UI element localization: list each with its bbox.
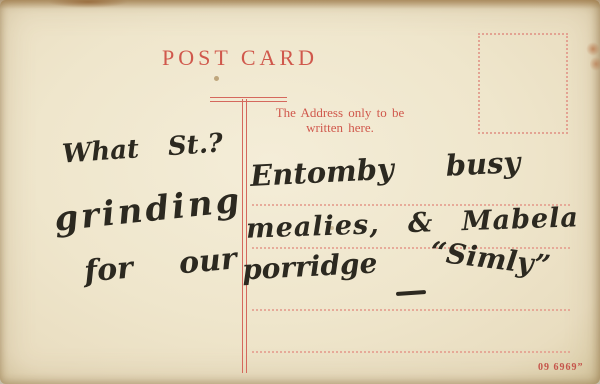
- address-line: [252, 309, 570, 311]
- address-line: [252, 351, 570, 353]
- divider-crossbar: [210, 97, 287, 102]
- address-instruction-line2: written here.: [260, 120, 420, 135]
- handwriting-left-line1: What St.?: [61, 128, 224, 169]
- serial-number: 09 6969”: [538, 362, 584, 373]
- rust-spot: [586, 42, 600, 56]
- postcard-title: POST CARD: [130, 45, 350, 71]
- handwriting-right-line1: Entomby busy: [249, 145, 521, 193]
- address-instruction: The Address only to be written here.: [260, 105, 420, 135]
- paper-freckle: [214, 76, 219, 81]
- handwriting-right-line2: mealies, & Mabela: [246, 202, 580, 245]
- address-instruction-line1: The Address only to be: [260, 105, 420, 120]
- rust-spot: [590, 56, 600, 72]
- aged-top-edge: [0, 0, 600, 9]
- handwriting-right-line3-word: porridge: [241, 246, 378, 286]
- handwriting-left-line3: for our: [83, 241, 238, 289]
- postcard: POST CARD The Address only to be written…: [0, 0, 600, 384]
- stamp-box: [478, 33, 568, 134]
- ink-dash: [396, 290, 426, 296]
- handwriting-right-line3-quoted-word: “Simly”: [428, 235, 552, 282]
- stain-blotch: [48, 0, 128, 8]
- handwriting-left-line2: grinding: [52, 180, 244, 239]
